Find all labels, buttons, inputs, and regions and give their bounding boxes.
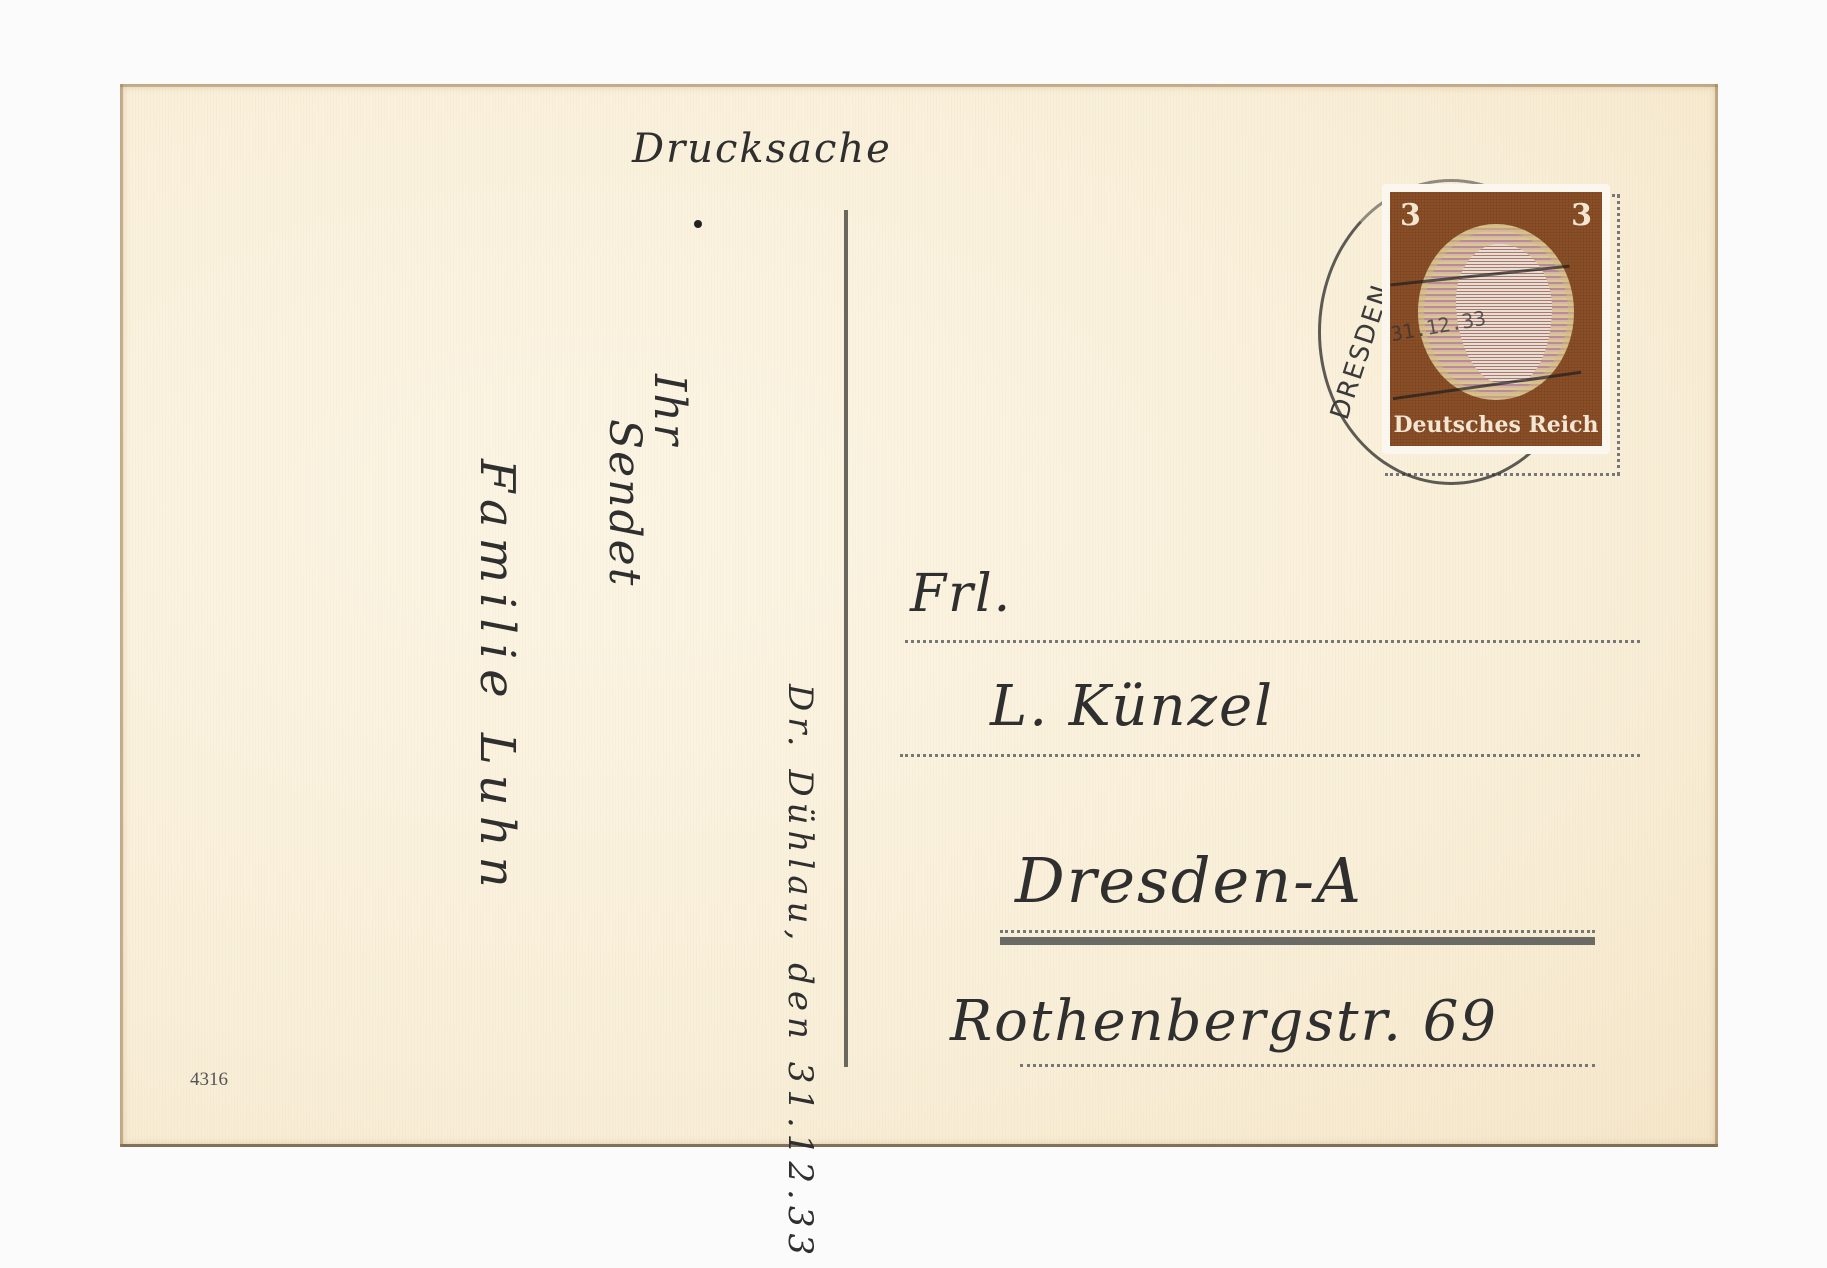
card-edge	[120, 84, 1718, 87]
card-edge	[120, 84, 123, 1147]
divider-line	[844, 210, 848, 1067]
card-number: 4316	[190, 1069, 228, 1091]
sender-date-line: Dr. Dühlau, den 31.12.33	[780, 684, 820, 1261]
stamp-value-right: 3	[1571, 198, 1592, 233]
stamp-legend: Deutsches Reich	[1390, 412, 1602, 438]
address-name: L. Künzel	[990, 674, 1274, 739]
address-line-4	[1020, 1064, 1595, 1067]
message-line-3: Familie Luhn	[469, 459, 525, 898]
card-edge	[120, 1144, 1718, 1147]
city-underline	[1000, 937, 1595, 945]
ink-dot	[694, 220, 702, 228]
card-edge	[1715, 84, 1718, 1147]
address-line-3	[1000, 930, 1595, 933]
message-line-2: Sendet	[599, 419, 650, 587]
postcard: Drucksache Ihr Sendet Familie Luhn Dr. D…	[120, 84, 1718, 1147]
address-salutation: Frl.	[910, 564, 1012, 624]
address-line-1	[905, 640, 1640, 643]
stamp-value-left: 3	[1400, 198, 1421, 233]
stamp-medallion	[1418, 224, 1574, 400]
message-line-1: Ihr	[644, 374, 695, 447]
address-city: Dresden-A	[1015, 844, 1363, 917]
address-street: Rothenbergstr. 69	[950, 989, 1498, 1054]
address-line-2	[900, 754, 1640, 757]
header-note: Drucksache	[632, 126, 892, 172]
